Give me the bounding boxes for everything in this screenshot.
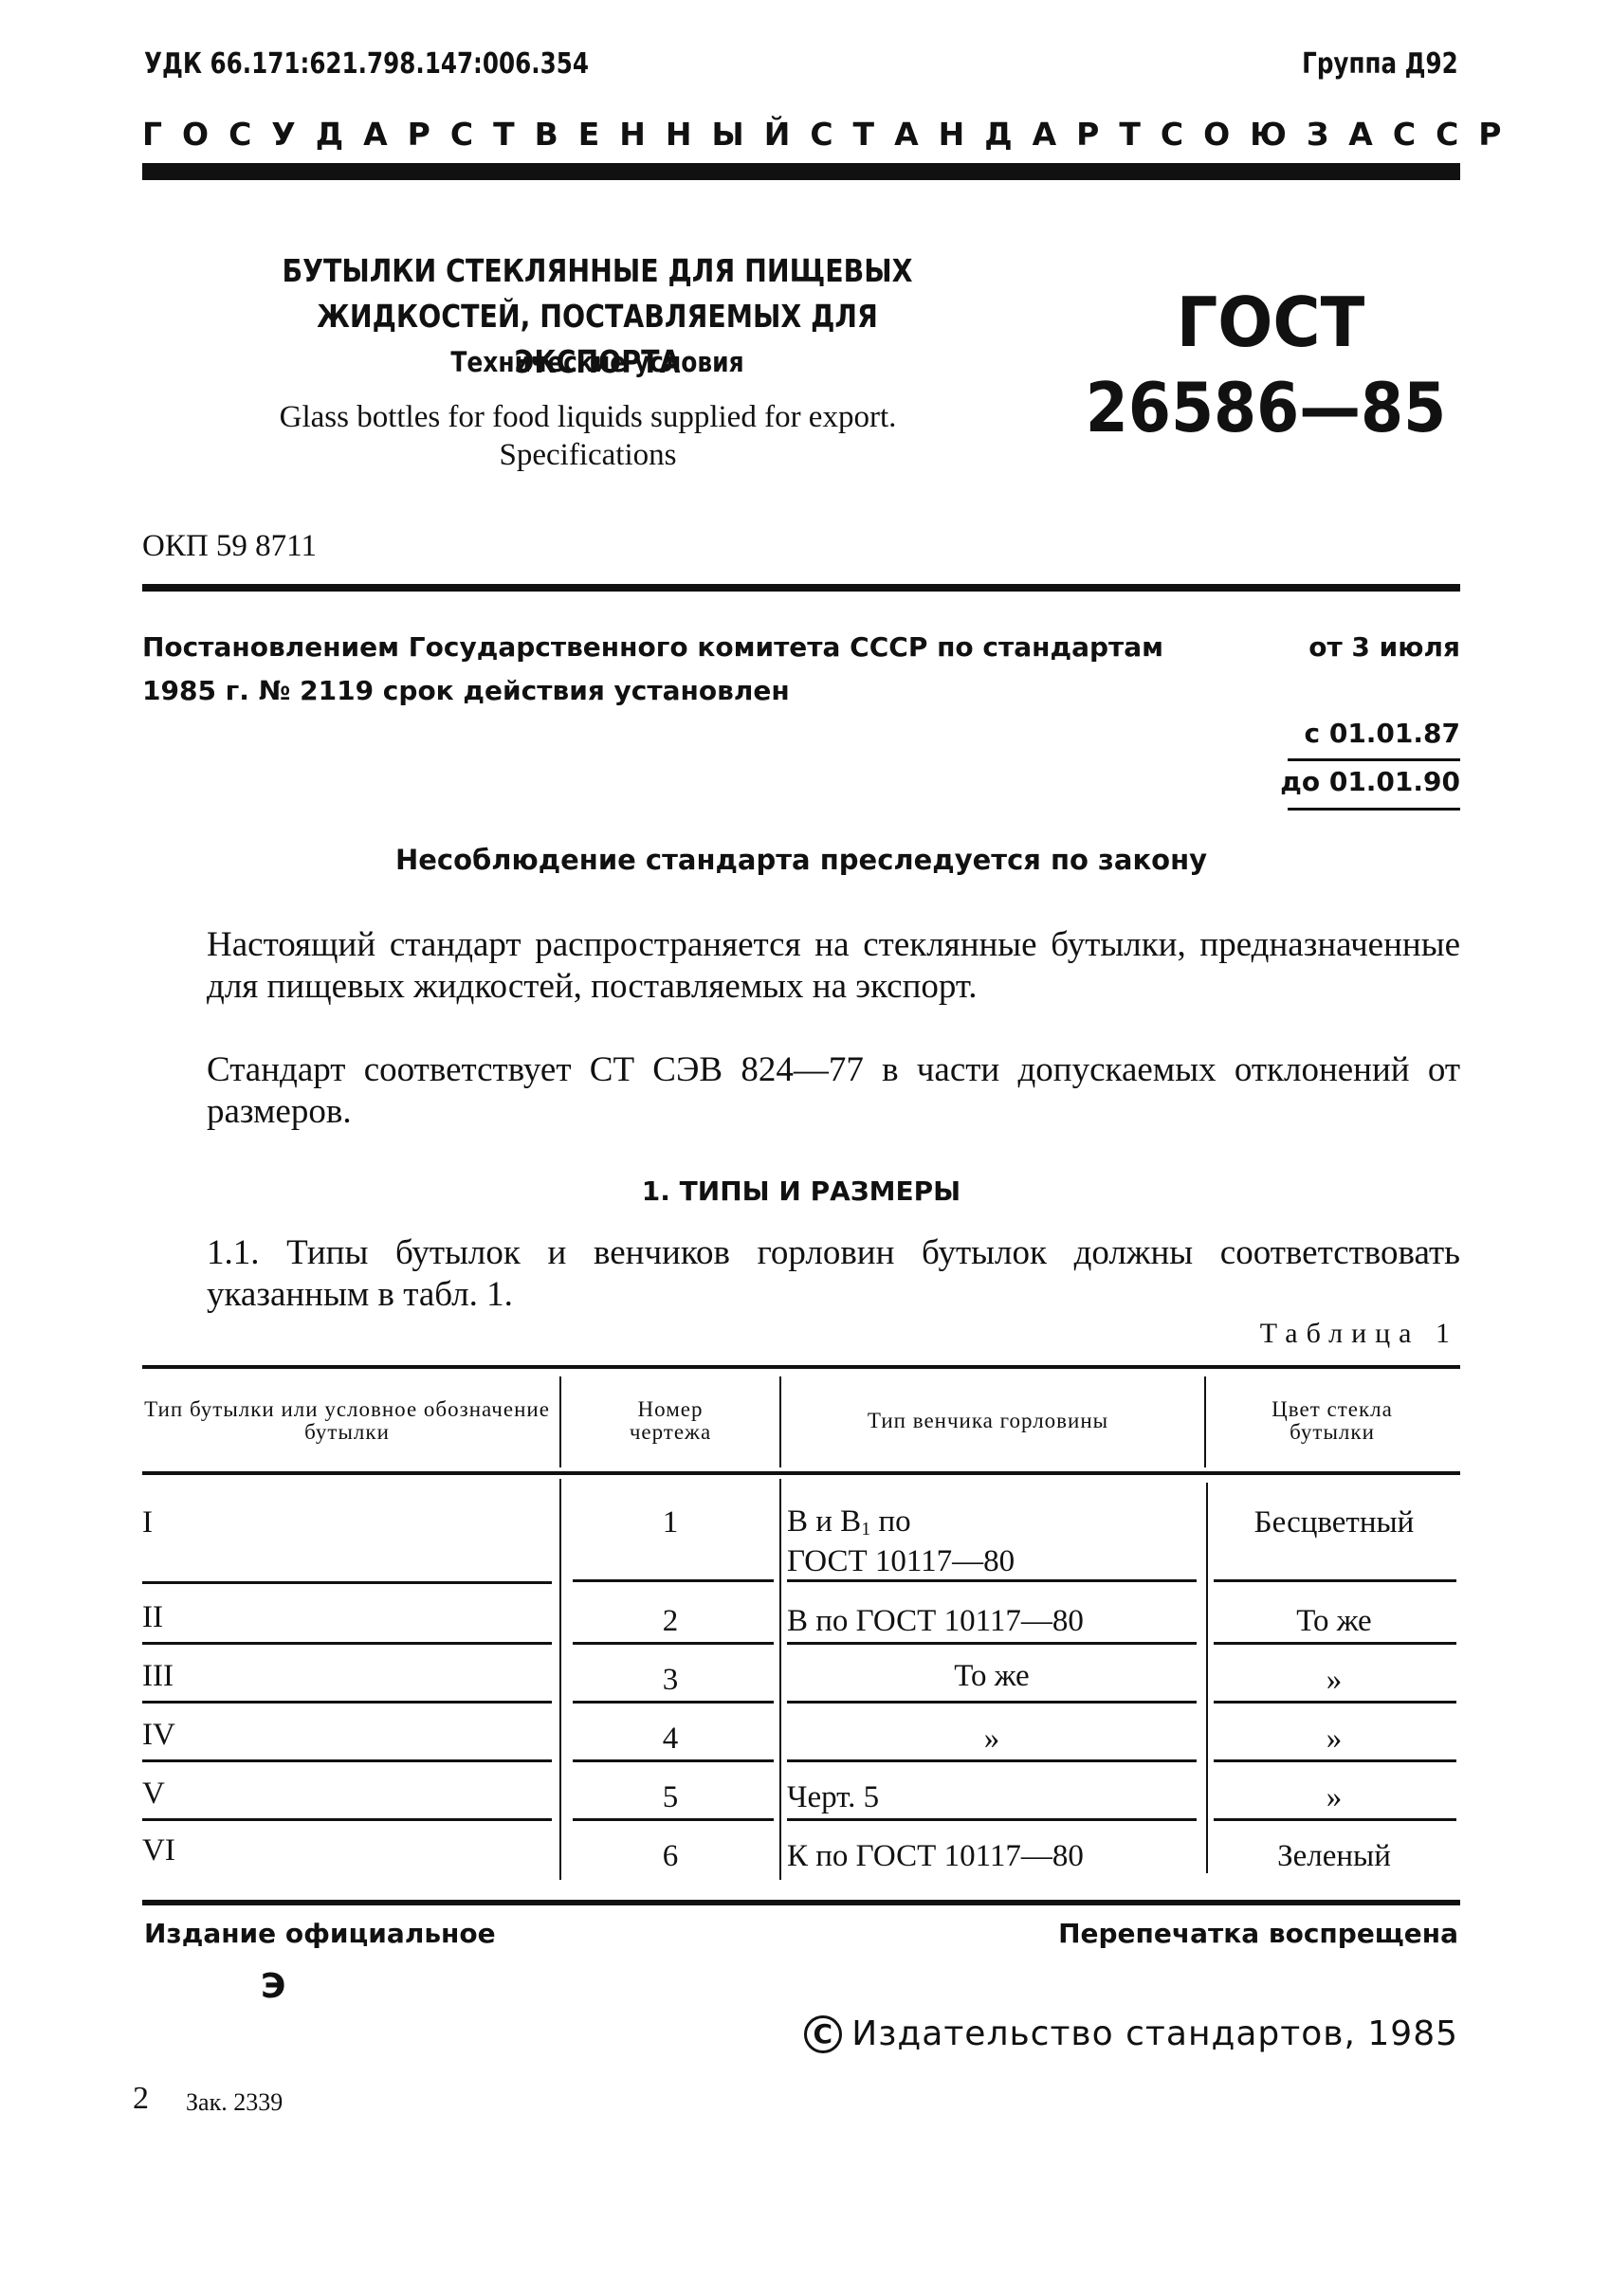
column-divider: [559, 1376, 561, 1467]
cell-drawing: 5: [563, 1780, 778, 1814]
decree-text: Постановлением Государственного комитета…: [142, 631, 1163, 663]
row-divider: [1214, 1701, 1456, 1704]
cell-drawing: 4: [563, 1722, 778, 1756]
finish-text: по: [870, 1504, 910, 1539]
date-rule: [1288, 808, 1460, 811]
banner-word: СОЮЗА: [1161, 116, 1393, 153]
cell-type: I: [142, 1505, 153, 1540]
effective-to-date: до 01.01.90: [1280, 766, 1460, 797]
udk-code: УДК 66.171:621.798.147:006.354: [144, 47, 589, 81]
paragraph-scope: Настоящий стандарт распространяется на с…: [142, 924, 1460, 1008]
row-divider: [787, 1579, 1197, 1582]
effective-from-date: с 01.01.87: [1304, 718, 1460, 749]
column-divider: [1204, 1376, 1206, 1467]
document-subtitle: Технические условия: [247, 346, 948, 378]
official-edition-label: Издание официальное: [144, 1918, 496, 1949]
title-line: БУТЫЛКИ СТЕКЛЯННЫЕ ДЛЯ ПИЩЕВЫХ: [247, 248, 948, 294]
english-title: Glass bottles for food liquids supplied …: [161, 398, 1015, 474]
banner-word: ГОСУДАРСТВЕННЫЙ: [142, 116, 810, 153]
group-code: Группа Д92: [1302, 47, 1458, 81]
cell-drawing: 6: [563, 1839, 778, 1873]
column-divider: [779, 1376, 781, 1467]
column-divider: [779, 1479, 781, 1880]
column-header-bottle-type: Тип бутылки или условное обозначение бут…: [142, 1378, 552, 1464]
row-divider: [142, 1818, 552, 1821]
cell-finish: В и В1 по ГОСТ 10117—80: [787, 1505, 1015, 1577]
finish-text: В и В: [787, 1504, 861, 1539]
cell-type: VI: [142, 1833, 175, 1868]
gost-label: ГОСТ: [1100, 282, 1442, 362]
column-divider: [559, 1479, 561, 1880]
header-thick-rule: [142, 163, 1460, 180]
cell-color: Бесцветный: [1208, 1505, 1460, 1540]
footer-rule: [142, 1900, 1460, 1905]
row-divider: [573, 1759, 774, 1762]
row-divider: [787, 1818, 1197, 1821]
table-header-rule: [142, 1471, 1460, 1475]
cell-finish: В по ГОСТ 10117—80: [787, 1604, 1084, 1638]
cell-drawing: 3: [563, 1663, 778, 1697]
row-divider: [1214, 1759, 1456, 1762]
cell-type: V: [142, 1777, 165, 1811]
column-header-neck-finish: Тип венчика горловины: [779, 1378, 1197, 1464]
page-number: 2: [133, 2081, 149, 2117]
cell-color: Зеленый: [1208, 1839, 1460, 1873]
column-header-glass-color: Цвет стекла бутылки: [1204, 1378, 1460, 1464]
row-divider: [142, 1759, 552, 1762]
table-top-rule: [142, 1365, 1460, 1369]
paragraph-text: Стандарт соответствует СТ СЭВ 824—77 в ч…: [142, 1049, 1460, 1133]
column-header-drawing-number: Номер чертежа: [563, 1378, 778, 1464]
row-divider: [787, 1759, 1197, 1762]
cell-finish: К по ГОСТ 10117—80: [787, 1839, 1084, 1873]
row-divider: [142, 1642, 552, 1645]
row-divider: [142, 1701, 552, 1704]
cell-type: III: [142, 1659, 174, 1693]
publisher-text: Издательство стандартов, 1985: [851, 2014, 1458, 2053]
banner-word: ССР: [1393, 116, 1522, 153]
bottle-types-table: Тип бутылки или условное обозначение бут…: [142, 1365, 1460, 1882]
cell-type: IV: [142, 1718, 175, 1752]
row-divider: [573, 1579, 774, 1582]
cell-color: »: [1208, 1722, 1460, 1756]
row-divider: [787, 1642, 1197, 1645]
copyright-line: C Издательство стандартов, 1985: [804, 2014, 1458, 2053]
paragraph-1-1: 1.1. Типы бутылок и венчиков горловин бу…: [142, 1232, 1460, 1316]
cell-color: »: [1208, 1663, 1460, 1697]
row-divider: [1214, 1579, 1456, 1582]
table-caption: Таблица 1: [1260, 1318, 1458, 1350]
export-mark: Э: [261, 1967, 285, 2006]
decree-line-2: 1985 г. № 2119 срок действия установлен: [142, 675, 790, 706]
cell-color: »: [1208, 1780, 1460, 1814]
english-title-line: Specifications: [161, 436, 1015, 474]
row-divider: [142, 1581, 552, 1584]
paragraph-compliance: Стандарт соответствует СТ СЭВ 824—77 в ч…: [142, 1049, 1460, 1133]
row-divider: [573, 1818, 774, 1821]
section-heading: 1. ТИПЫ И РАЗМЕРЫ: [142, 1175, 1460, 1207]
cell-drawing: 1: [563, 1505, 778, 1540]
paragraph-text: 1.1. Типы бутылок и венчиков горловин бу…: [142, 1232, 1460, 1316]
cell-color: То же: [1208, 1604, 1460, 1638]
row-divider: [787, 1701, 1197, 1704]
legal-notice: Несоблюдение стандарта преследуется по з…: [142, 844, 1460, 876]
cell-finish: Черт. 5: [787, 1780, 879, 1814]
decree-line-1: Постановлением Государственного комитета…: [142, 631, 1460, 663]
cell-drawing: 2: [563, 1604, 778, 1638]
copyright-icon: C: [804, 2015, 842, 2053]
english-title-line: Glass bottles for food liquids supplied …: [161, 398, 1015, 436]
section-rule: [142, 584, 1460, 592]
date-rule: [1288, 758, 1460, 761]
row-divider: [573, 1642, 774, 1645]
paragraph-text: Настоящий стандарт распространяется на с…: [142, 924, 1460, 1008]
row-divider: [573, 1701, 774, 1704]
okp-code: ОКП 59 8711: [142, 529, 317, 564]
gost-number: 26586—85: [1074, 368, 1458, 447]
cell-finish: То же: [787, 1659, 1197, 1693]
banner-word: СТАНДАРТ: [810, 116, 1161, 153]
finish-text: ГОСТ 10117—80: [787, 1544, 1015, 1578]
row-divider: [1214, 1818, 1456, 1821]
finish-subscript: 1: [861, 1519, 870, 1540]
cell-finish: »: [787, 1722, 1197, 1756]
order-number: Зак. 2339: [186, 2088, 283, 2117]
reprint-prohibited-label: Перепечатка воспрещена: [1058, 1918, 1458, 1949]
decree-date: от 3 июля: [1308, 631, 1460, 663]
row-divider: [1214, 1642, 1456, 1645]
state-standard-banner: ГОСУДАРСТВЕННЫЙ СТАНДАРТ СОЮЗА ССР: [142, 116, 1460, 153]
cell-type: II: [142, 1600, 163, 1634]
